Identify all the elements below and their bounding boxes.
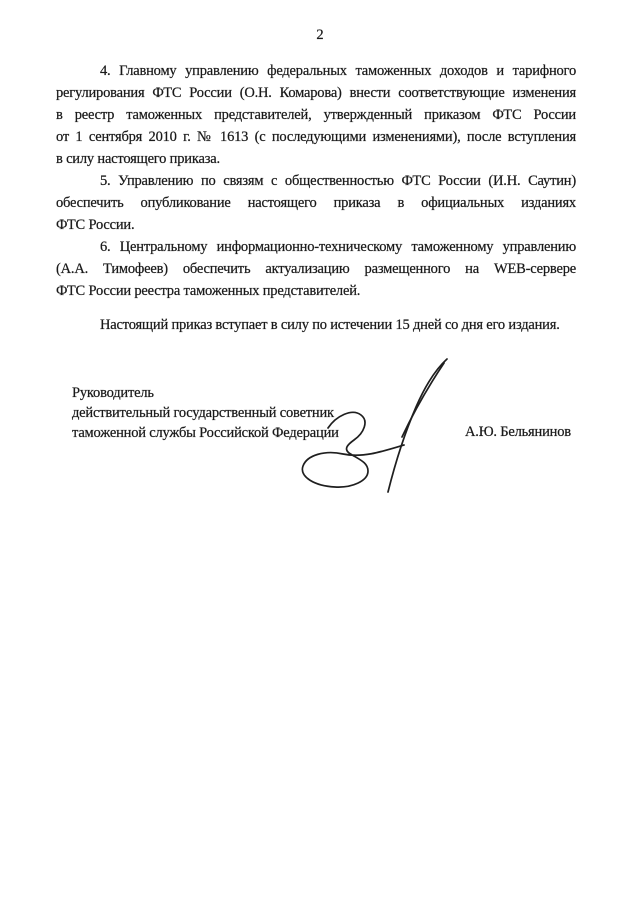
- signature-branch-stroke: [402, 363, 444, 437]
- text-line: ФТС России.: [56, 214, 576, 236]
- text-line: 6. Центральному информационно-техническо…: [56, 236, 576, 258]
- document-body: 4. Главному управлению федеральных тамож…: [56, 60, 576, 336]
- text-line: в силу настоящего приказа.: [56, 148, 576, 170]
- paragraph-item-6: 6. Центральному информационно-техническо…: [56, 236, 576, 302]
- page-number: 2: [0, 27, 640, 43]
- text-line: регулирования ФТС России (О.Н. Комарова)…: [56, 82, 576, 104]
- signature-long-stroke: [388, 359, 447, 492]
- paragraph-item-5: 5. Управлению по связям с общественность…: [56, 170, 576, 236]
- text-line: в реестр таможенных представителей, утве…: [56, 104, 576, 126]
- signature-loop-stroke: [302, 412, 404, 487]
- entry-into-force-note: Настоящий приказ вступает в силу по исте…: [56, 314, 576, 336]
- text-line: 4. Главному управлению федеральных тамож…: [56, 60, 576, 82]
- text-line: ФТС России реестра таможенных представит…: [56, 280, 576, 302]
- signer-name: А.Ю. Бельянинов: [465, 425, 571, 440]
- text-line: от 1 сентября 2010 г. № 1613 (с последую…: [56, 126, 576, 148]
- handwritten-signature: [285, 350, 470, 500]
- document-page: 2 4. Главному управлению федеральных там…: [0, 0, 640, 905]
- paragraph-item-4: 4. Главному управлению федеральных тамож…: [56, 60, 576, 170]
- text-line: (А.А. Тимофеев) обеспечить актуализацию …: [56, 258, 576, 280]
- text-line: 5. Управлению по связям с общественность…: [56, 170, 576, 192]
- text-line: обеспечить опубликование настоящего прик…: [56, 192, 576, 214]
